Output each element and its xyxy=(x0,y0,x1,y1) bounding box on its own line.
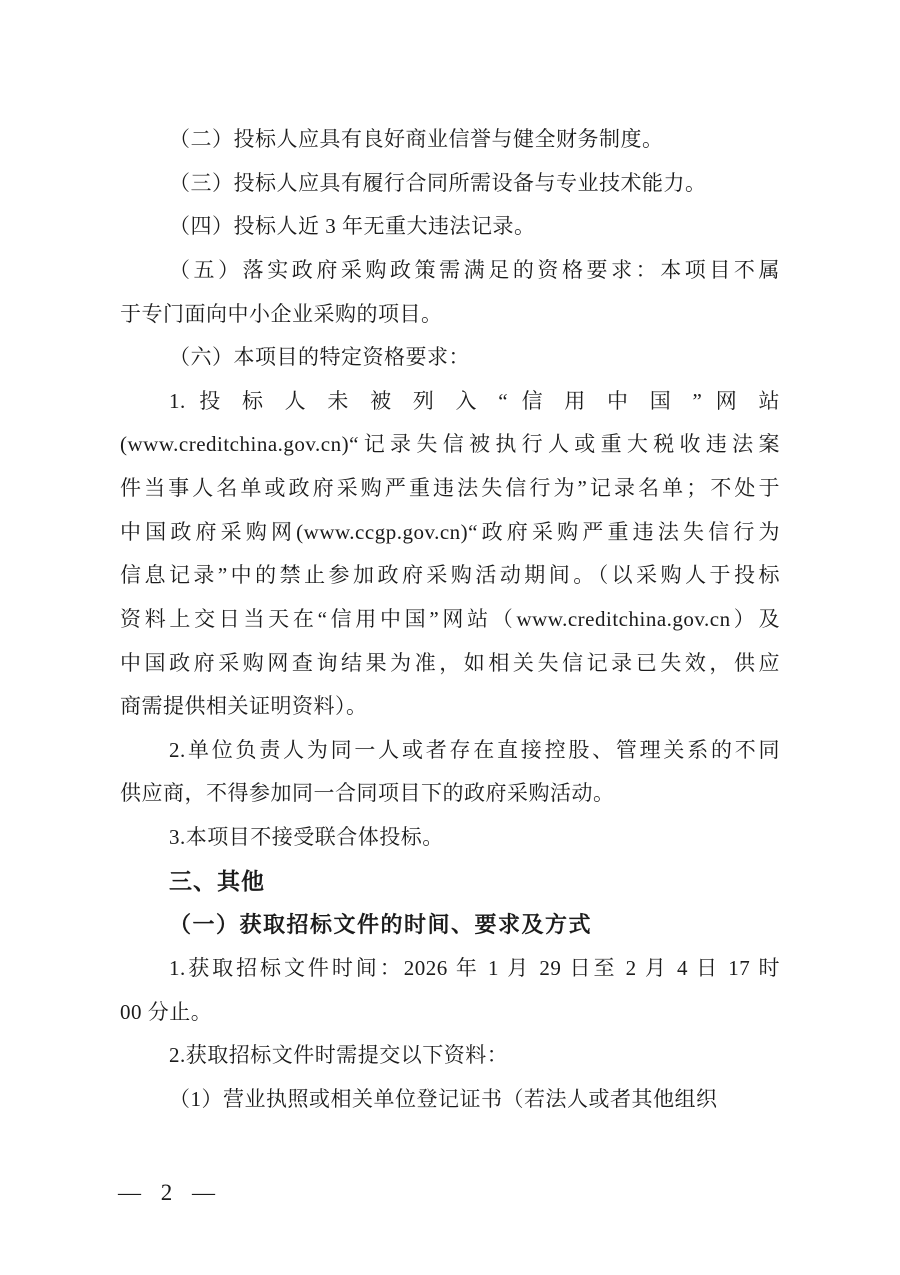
doc-line-item-1-cont-2: 信息记录”中的禁止参加政府采购活动期间。（以采购人于投标 xyxy=(120,554,780,598)
doc-line-qualification-6: （六）本项目的特定资格要求： xyxy=(120,336,780,380)
section-heading-other: 三、其他 xyxy=(120,860,780,904)
doc-line-item-1-start: 1. 投 标 人 未 被 列 入 “ 信 用 中 国 ” 网 站 xyxy=(120,380,780,424)
doc-line-qualification-3: （三）投标人应具有履行合同所需设备与专业技术能力。 xyxy=(120,162,780,206)
doc-line-creditchina-url: (www.creditchina.gov.cn)“记录失信被执行人或重大税收违法… xyxy=(120,423,780,467)
doc-line-required-materials: 2.获取招标文件时需提交以下资料： xyxy=(120,1034,780,1078)
document-body: （二）投标人应具有良好商业信誉与健全财务制度。 （三）投标人应具有履行合同所需设… xyxy=(120,118,780,1121)
doc-line-acquisition-time-start: 1.获取招标文件时间：2026 年 1 月 29 日至 2 月 4 日 17 时 xyxy=(120,947,780,991)
doc-line-qualification-5-cont: 于专门面向中小企业采购的项目。 xyxy=(120,293,780,337)
doc-line-item-1-end: 商需提供相关证明资料）。 xyxy=(120,685,780,729)
doc-line-item-1-cont-1: 件当事人名单或政府采购严重违法失信行为”记录名单；不处于 xyxy=(120,467,780,511)
doc-line-business-license: （1）营业执照或相关单位登记证书（若法人或者其他组织 xyxy=(120,1078,780,1122)
document-page: （二）投标人应具有良好商业信誉与健全财务制度。 （三）投标人应具有履行合同所需设… xyxy=(0,0,900,1275)
doc-line-item-1-cont-3: 资料上交日当天在“信用中国”网站（www.creditchina.gov.cn）… xyxy=(120,598,780,642)
doc-line-item-1-cont-4: 中国政府采购网查询结果为准，如相关失信记录已失效，供应 xyxy=(120,642,780,686)
doc-line-qualification-4: （四）投标人近 3 年无重大违法记录。 xyxy=(120,205,780,249)
subsection-heading-doc-acquisition: （一）获取招标文件的时间、要求及方式 xyxy=(120,903,780,947)
doc-line-qualification-2: （二）投标人应具有良好商业信誉与健全财务制度。 xyxy=(120,118,780,162)
doc-line-acquisition-time-end: 00 分止。 xyxy=(120,991,780,1035)
doc-line-ccgp-url: 中国政府采购网(www.ccgp.gov.cn)“政府采购严重违法失信行为 xyxy=(120,511,780,555)
doc-line-qualification-5: （五）落实政府采购政策需满足的资格要求：本项目不属 xyxy=(120,249,780,293)
page-number: — 2 — xyxy=(118,1178,222,1208)
doc-line-item-2-start: 2.单位负责人为同一人或者存在直接控股、管理关系的不同 xyxy=(120,729,780,773)
doc-line-item-2-end: 供应商，不得参加同一合同项目下的政府采购活动。 xyxy=(120,772,780,816)
doc-line-item-3: 3.本项目不接受联合体投标。 xyxy=(120,816,780,860)
